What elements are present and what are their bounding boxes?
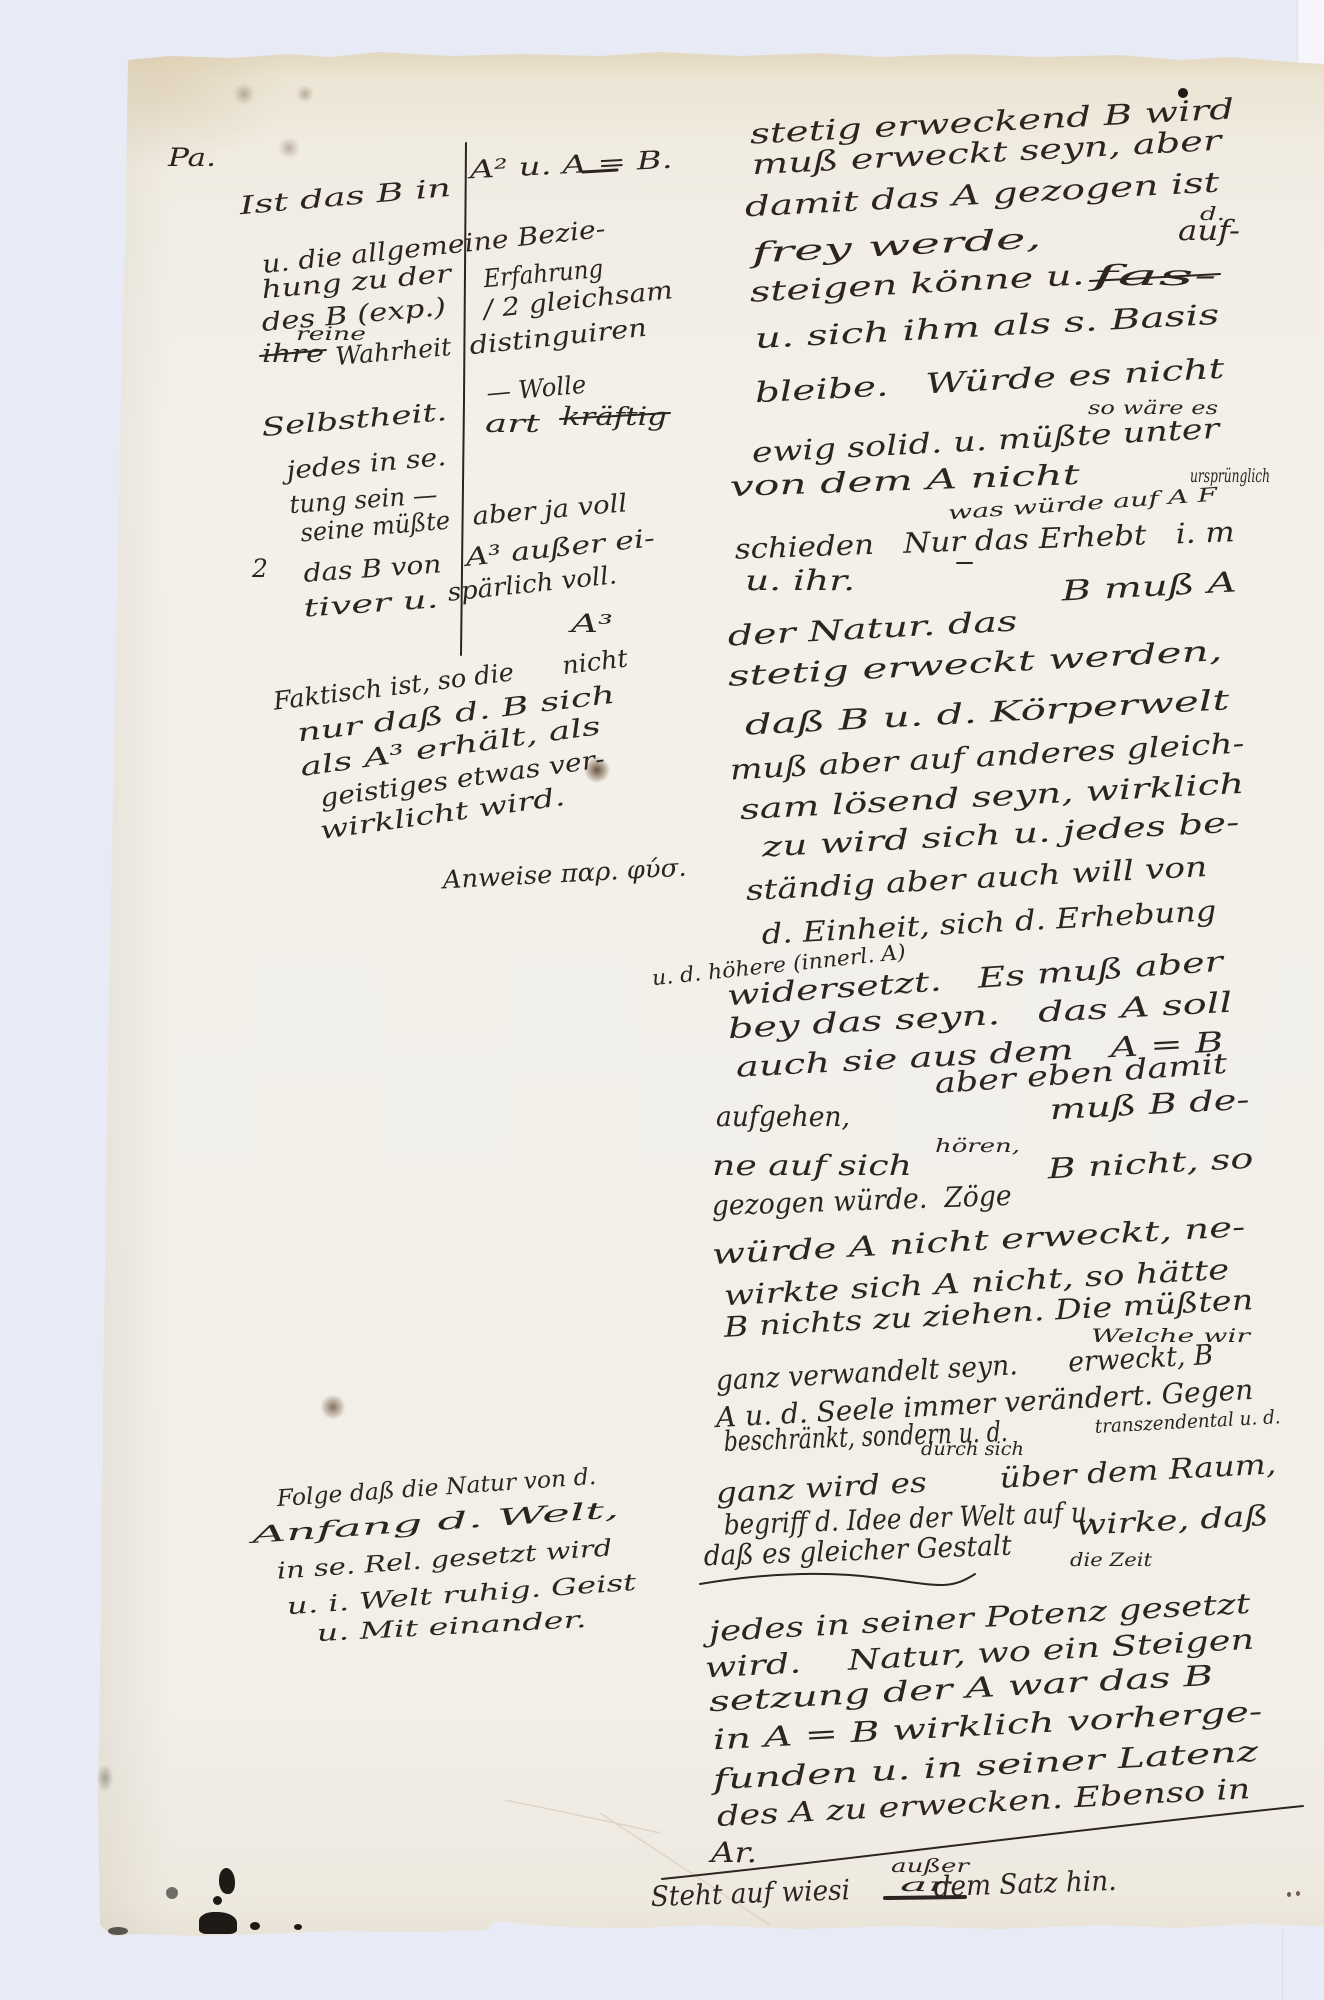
left-line: tiver u. (303, 584, 440, 622)
closing-line: Steht auf wiesi dem Satz hin. (650, 1864, 1117, 1913)
scan-canvas: Pa. 2 A² u. A = B. Ist das B in u. die a… (0, 0, 1324, 2000)
left-line-right: art (485, 409, 541, 438)
main-line: B muß A (1059, 565, 1237, 607)
paper-crease (505, 1800, 660, 1833)
wavy-underline (700, 1574, 975, 1585)
deleted-word: ar (900, 1874, 955, 1896)
main-line: aufgehen, (716, 1100, 850, 1133)
main-line: schieden Nur das Erhebt i. m (734, 515, 1235, 565)
interlinear-insertion: hören, (935, 1135, 1020, 1157)
handwriting-layer: Pa. 2 A² u. A = B. Ist das B in u. die a… (0, 0, 1324, 2000)
left-line: Selbstheit. (260, 397, 448, 442)
main-line: u. sich ihm als s. Basis (754, 298, 1220, 355)
margin-number: 2 (251, 554, 268, 583)
left-line-right: aber ja voll (471, 488, 628, 530)
main-line: Ar. (708, 1836, 757, 1869)
heading-underline (583, 170, 617, 172)
left-line: jedes in se. (280, 442, 448, 485)
main-line: auf- (1178, 214, 1240, 247)
main-line: gezogen würde. Zöge (711, 1179, 1012, 1222)
main-line: wirke, daß (1075, 1499, 1269, 1542)
left-line: Ist das B in (237, 173, 452, 220)
interlinear-insertion: durch sich (921, 1438, 1024, 1460)
main-line: ne auf sich (712, 1149, 912, 1182)
main-line: B nicht, so (1045, 1142, 1254, 1186)
strike-bar (885, 1897, 965, 1898)
left-line-right: A³ außer ei- (462, 523, 657, 572)
interlinear-insertion: die Zeit (1070, 1549, 1152, 1571)
main-line: u. ihr. (745, 564, 855, 597)
left-line: das B von (303, 549, 443, 588)
left-column-heading: A² u. A = B. (466, 145, 673, 185)
corner-mark: Pa. (167, 143, 216, 172)
main-line: der Natur. das (727, 604, 1018, 652)
greek-citation: Anweise παρ. φύσ. (440, 853, 687, 895)
left-line-right: A³ (568, 609, 613, 638)
